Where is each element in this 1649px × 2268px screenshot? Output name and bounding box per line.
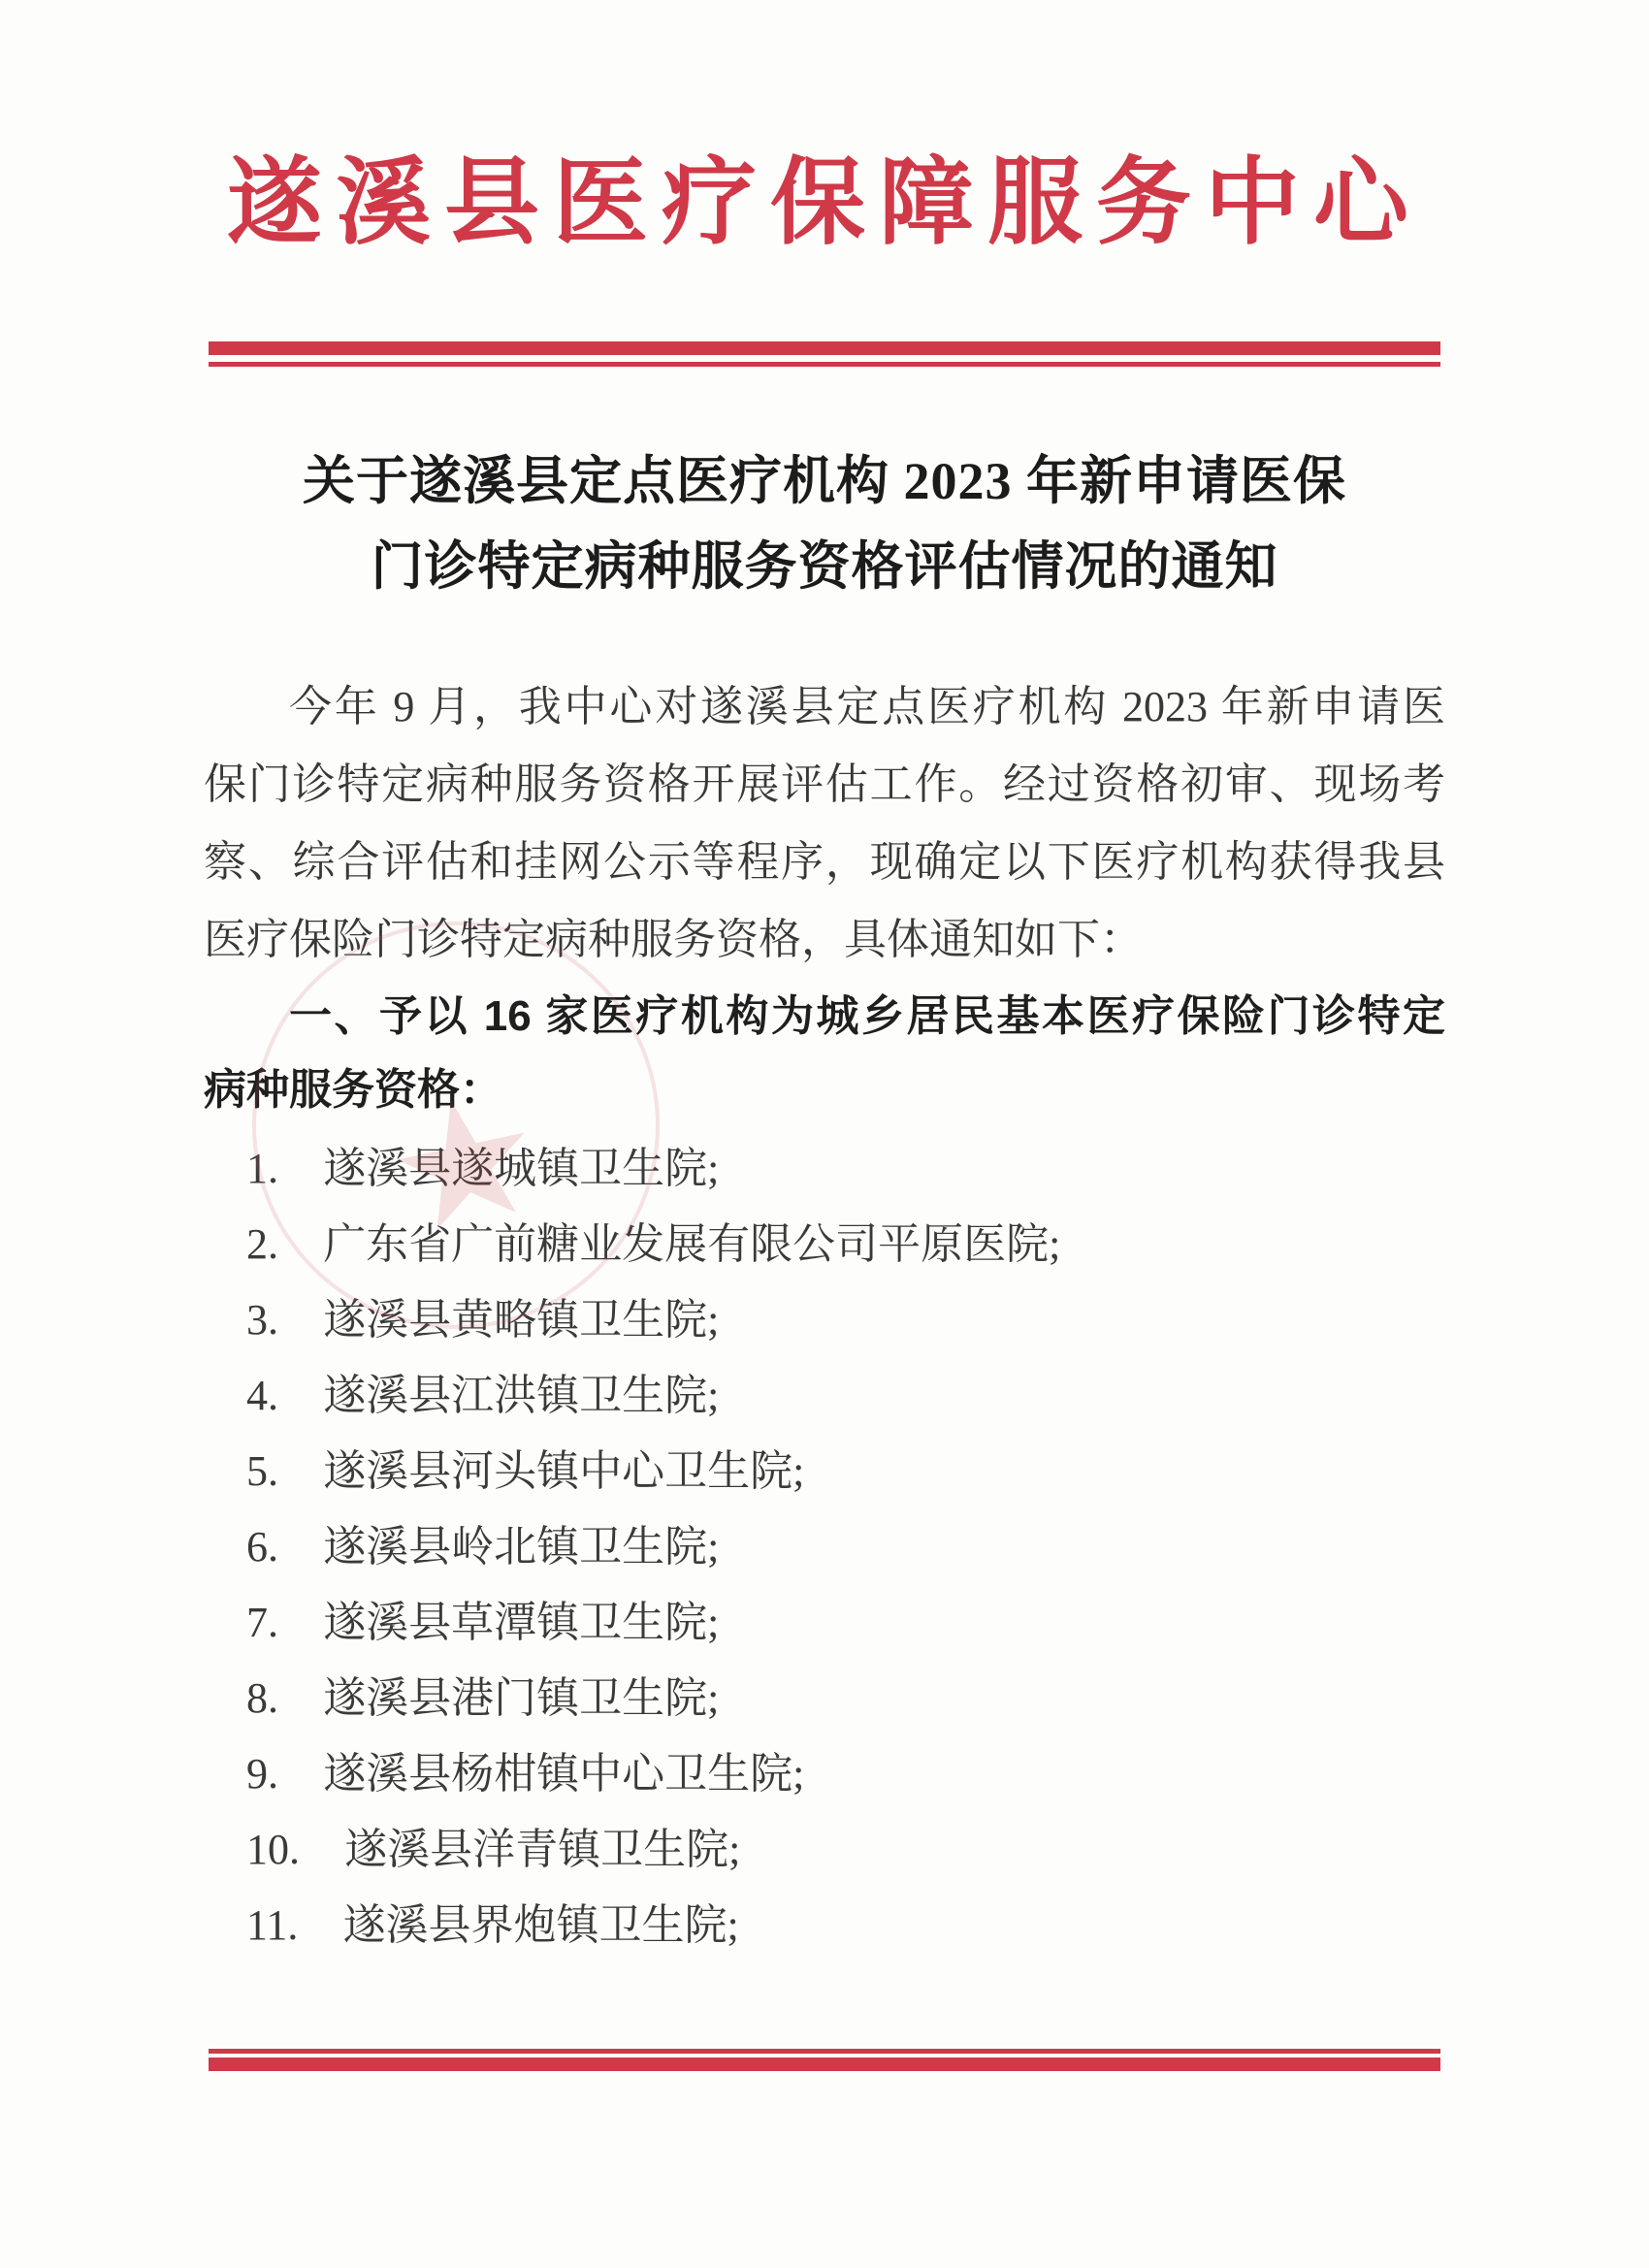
item-number: 2. <box>246 1220 278 1268</box>
paragraph-line: 保门诊特定病种服务资格开展评估工作。经过资格初审、现场考 <box>204 746 1445 824</box>
hospital-name: 遂溪县杨柑镇中心卫生院; <box>323 1750 804 1798</box>
item-number: 3. <box>246 1296 278 1344</box>
document-page: 遂溪县医疗保障服务中心 ★ 关于遂溪县定点医疗机构 2023 年新申请医保 门诊… <box>0 0 1649 2268</box>
hospital-name: 遂溪县草潭镇卫生院; <box>323 1599 719 1646</box>
document-header: 遂溪县医疗保障服务中心 <box>0 146 1649 367</box>
list-item: 2.广东省广前糖业发展有限公司平原医院; <box>204 1207 1445 1282</box>
item-number: 8. <box>246 1674 278 1722</box>
notice-title: 关于遂溪县定点医疗机构 2023 年新申请医保 门诊特定病种服务资格评估情况的通… <box>0 438 1649 609</box>
notice-body: 关于遂溪县定点医疗机构 2023 年新申请医保 门诊特定病种服务资格评估情况的通… <box>0 438 1649 1963</box>
agency-title: 遂溪县医疗保障服务中心 <box>0 146 1649 262</box>
divider-thin-line <box>209 362 1440 367</box>
intro-paragraph: 今年 9 月，我中心对遂溪县定点医疗机构 2023 年新申请医 保门诊特定病种服… <box>204 668 1445 979</box>
hospital-name: 遂溪县遂城镇卫生院; <box>323 1145 719 1192</box>
hospital-name: 遂溪县洋青镇卫生院; <box>344 1826 740 1873</box>
item-number: 5. <box>246 1447 278 1495</box>
item-number: 4. <box>246 1372 278 1419</box>
item-number: 7. <box>246 1599 278 1646</box>
footer-divider <box>209 2049 1440 2071</box>
hospital-name: 遂溪县江洪镇卫生院; <box>323 1372 719 1419</box>
list-item: 11.遂溪县界炮镇卫生院; <box>204 1888 1445 1963</box>
list-item: 6.遂溪县岭北镇卫生院; <box>204 1509 1445 1585</box>
paragraph-line: 今年 9 月，我中心对遂溪县定点医疗机构 2023 年新申请医 <box>204 668 1445 746</box>
notice-title-line: 关于遂溪县定点医疗机构 2023 年新申请医保 <box>0 438 1649 524</box>
list-item: 1.遂溪县遂城镇卫生院; <box>204 1131 1445 1207</box>
list-item: 9.遂溪县杨柑镇中心卫生院; <box>204 1736 1445 1812</box>
list-item: 10.遂溪县洋青镇卫生院; <box>204 1812 1445 1888</box>
list-item: 8.遂溪县港门镇卫生院; <box>204 1661 1445 1736</box>
hospital-name: 遂溪县岭北镇卫生院; <box>323 1523 719 1571</box>
list-item: 7.遂溪县草潭镇卫生院; <box>204 1585 1445 1661</box>
item-number: 10. <box>246 1826 300 1873</box>
hospital-list: 1.遂溪县遂城镇卫生院; 2.广东省广前糖业发展有限公司平原医院; 3.遂溪县黄… <box>204 1131 1445 1963</box>
header-divider <box>209 341 1440 367</box>
section-heading: 一、予以 16 家医疗机构为城乡居民基本医疗保险门诊特定 病种服务资格： <box>204 980 1445 1127</box>
document-footer <box>0 2049 1649 2071</box>
notice-title-line: 门诊特定病种服务资格评估情况的通知 <box>0 524 1649 609</box>
item-number: 11. <box>246 1901 298 1949</box>
hospital-name: 遂溪县港门镇卫生院; <box>323 1674 719 1722</box>
item-number: 6. <box>246 1523 278 1571</box>
divider-thick-line <box>209 2057 1440 2071</box>
list-item: 5.遂溪县河头镇中心卫生院; <box>204 1434 1445 1509</box>
paragraph-line: 察、综合评估和挂网公示等程序，现确定以下医疗机构获得我县 <box>204 824 1445 901</box>
section-heading-line: 病种服务资格： <box>204 1053 1445 1127</box>
hospital-name: 遂溪县河头镇中心卫生院; <box>323 1447 804 1495</box>
item-number: 1. <box>246 1145 278 1192</box>
section-heading-line: 一、予以 16 家医疗机构为城乡居民基本医疗保险门诊特定 <box>204 980 1445 1053</box>
list-item: 4.遂溪县江洪镇卫生院; <box>204 1358 1445 1434</box>
item-number: 9. <box>246 1750 278 1798</box>
paragraph-line: 医疗保险门诊特定病种服务资格，具体通知如下： <box>204 901 1445 979</box>
divider-thin-line <box>209 2049 1440 2054</box>
hospital-name: 遂溪县界炮镇卫生院; <box>343 1901 739 1949</box>
hospital-name: 广东省广前糖业发展有限公司平原医院; <box>323 1220 1060 1268</box>
divider-thick-line <box>209 341 1440 355</box>
hospital-name: 遂溪县黄略镇卫生院; <box>323 1296 719 1344</box>
list-item: 3.遂溪县黄略镇卫生院; <box>204 1282 1445 1358</box>
